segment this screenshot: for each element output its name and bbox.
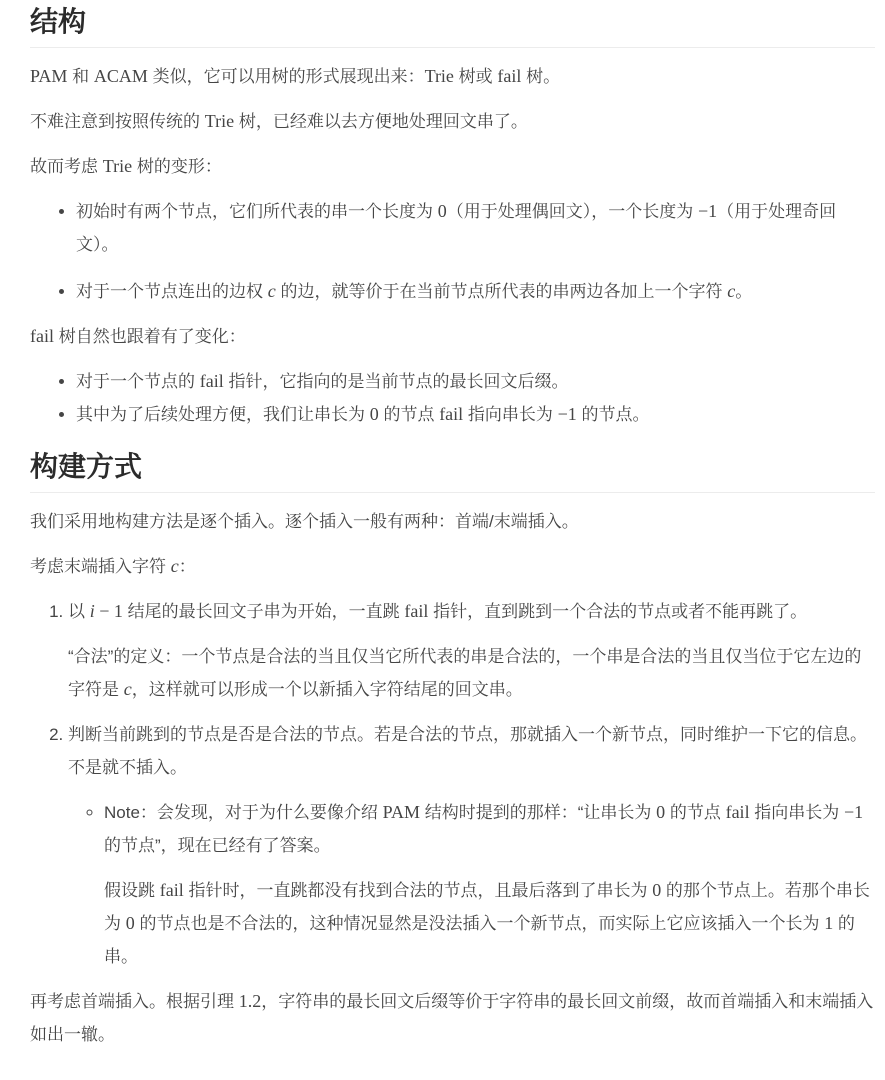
list-item-fail-pointer: 对于一个节点的 fail 指针，它指向的是当前节点的最长回文后缀。 xyxy=(76,365,875,398)
plain-text: 对于一个节点连出的边权 xyxy=(76,282,268,301)
plain-text: 树。 xyxy=(521,67,560,86)
math-text: ACAM xyxy=(94,66,148,86)
plain-text: 类似，它可以用树的形式展现出来： xyxy=(148,67,425,86)
note-explanation: 假设跳 fail 指针时，一直跳都没有找到合法的节点，且最后落到了串长为 0 的… xyxy=(104,874,875,973)
plain-text: 结构时提到的那样：“让串长为 xyxy=(420,803,656,822)
math-text: Trie xyxy=(103,156,132,176)
step-2: 判断当前跳到的节点是否是合法的节点。若是合法的节点，那就插入一个新节点，同时维护… xyxy=(68,718,875,973)
note-list: Note：会发现，对于为什么要像介绍 PAM 结构时提到的那样：“让串长为 0 … xyxy=(68,796,875,973)
plain-text: 树自然也跟着有了变化： xyxy=(54,327,246,346)
list-item-text: 初始时有两个节点，它们所代表的串一个长度为 0（用于处理偶回文），一个长度为 −… xyxy=(76,195,875,261)
math-text: fail xyxy=(404,601,428,621)
step-1-legal-definition: “合法”的定义：一个节点是合法的当且仅当它所代表的串是合法的，一个串是合法的当且… xyxy=(68,640,875,706)
document-content: 结构 PAM 和 ACAM 类似，它可以用树的形式展现出来：Trie 树或 fa… xyxy=(0,0,885,1080)
plain-text: 考虑末端插入字符 xyxy=(30,557,171,576)
list-fail-pointer: 对于一个节点的 fail 指针，它指向的是当前节点的最长回文后缀。 其中为了后续… xyxy=(30,365,875,431)
step-1: 以 i − 1 结尾的最长回文子串为开始，一直跳 fail 指针，直到跳到一个合… xyxy=(68,595,875,706)
math-text: c xyxy=(171,556,179,576)
list-item-fail-convention: 其中为了后续处理方便，我们让串长为 0 的节点 fail 指向串长为 −1 的节… xyxy=(76,398,875,431)
section-heading-build: 构建方式 xyxy=(30,449,875,493)
plain-text: 指针时，一直跳都没有找到合法的节点，且最后落到了串长为 xyxy=(184,881,652,900)
plain-text: 对于一个节点的 xyxy=(76,372,200,391)
plain-text: 其中为了后续处理方便，我们让串长为 xyxy=(76,405,370,424)
plain-text: ： xyxy=(179,557,196,576)
math-text: 0 xyxy=(652,880,661,900)
math-text: 0 xyxy=(370,404,379,424)
plain-text: 的节点 xyxy=(665,803,725,822)
list-item-initial-nodes: 初始时有两个节点，它们所代表的串一个长度为 0（用于处理偶回文），一个长度为 −… xyxy=(76,195,875,261)
plain-text: 的节点。 xyxy=(577,405,650,424)
plain-text: 故而考虑 xyxy=(30,157,103,176)
plain-text: 初始时有两个节点，它们所代表的串一个长度为 xyxy=(76,202,438,221)
plain-text: 结尾的最长回文子串为开始，一直跳 xyxy=(123,602,404,621)
plain-text: 指针，它指向的是当前节点的最长回文后缀。 xyxy=(224,372,569,391)
math-text: Trie xyxy=(205,111,234,131)
plain-text: 。 xyxy=(735,282,752,301)
math-text: fail xyxy=(160,880,184,900)
plain-text: 树，已经难以去方便地处理回文串了。 xyxy=(234,112,528,131)
plain-text: 再考虑首端插入。根据引理 xyxy=(30,992,239,1011)
plain-text: 指向串长为 xyxy=(750,803,844,822)
list-item-edge-weight: 对于一个节点连出的边权 c 的边，就等价于在当前节点所代表的串两边各加上一个字符… xyxy=(76,275,875,308)
step-1-text: 以 i − 1 结尾的最长回文子串为开始，一直跳 fail 指针，直到跳到一个合… xyxy=(68,595,875,628)
plain-text: 以 xyxy=(68,602,90,621)
plain-text: 树的变形： xyxy=(132,157,222,176)
plain-text: 指向串长为 xyxy=(463,405,557,424)
math-text: c xyxy=(124,679,132,699)
math-text: 1.2 xyxy=(239,991,262,1011)
math-text: −1 xyxy=(698,201,717,221)
math-text: −1 xyxy=(558,404,577,424)
plain-text: Note：会发现，对于为什么要像介绍 xyxy=(104,803,383,822)
math-text: fail xyxy=(200,371,224,391)
list-item-text: 对于一个节点连出的边权 c 的边，就等价于在当前节点所代表的串两边各加上一个字符… xyxy=(76,275,875,308)
math-text: 0 xyxy=(126,913,135,933)
paragraph-insert-char: 考虑末端插入字符 c： xyxy=(30,550,875,583)
paragraph-trie-variant: 故而考虑 Trie 树的变形： xyxy=(30,150,875,183)
math-text: fail xyxy=(726,802,750,822)
plain-text: 不难注意到按照传统的 xyxy=(30,112,205,131)
math-text: fail xyxy=(30,326,54,346)
paragraph-build-method: 我们采用地构建方法是逐个插入。逐个插入一般有两种：首端/末端插入。 xyxy=(30,505,875,538)
plain-text: 树或 xyxy=(454,67,497,86)
paragraph-intro: PAM 和 ACAM 类似，它可以用树的形式展现出来：Trie 树或 fail … xyxy=(30,60,875,93)
math-text: −1 xyxy=(844,802,863,822)
plain-text: 的节点”，现在已经有了答案。 xyxy=(104,836,331,855)
math-text: 1 xyxy=(824,913,833,933)
math-text: Trie xyxy=(425,66,454,86)
math-text: − 1 xyxy=(95,601,123,621)
plain-text: 判断当前跳到的节点是否是合法的节点。若是合法的节点，那就插入一个新节点，同时维护… xyxy=(68,725,867,777)
math-text: c xyxy=(268,281,276,301)
plain-text: 和 xyxy=(67,67,93,86)
plain-text: 假设跳 xyxy=(104,881,160,900)
plain-text: 的节点 xyxy=(379,405,439,424)
math-text: PAM xyxy=(383,802,420,822)
plain-text: 我们采用地构建方法是逐个插入。逐个插入一般有两种：首端/末端插入。 xyxy=(30,512,579,531)
note-text: Note：会发现，对于为什么要像介绍 PAM 结构时提到的那样：“让串长为 0 … xyxy=(104,796,875,862)
plain-text: 的边，就等价于在当前节点所代表的串两边各加上一个字符 xyxy=(276,282,727,301)
math-text: 0 xyxy=(438,201,447,221)
plain-text: 指针，直到跳到一个合法的节点或者不能再跳了。 xyxy=(428,602,807,621)
math-text: c xyxy=(727,281,735,301)
plain-text: ，这样就可以形成一个以新插入字符结尾的回文串。 xyxy=(132,680,523,699)
math-text: 0 xyxy=(656,802,665,822)
plain-text: （用于处理偶回文），一个长度为 xyxy=(447,202,698,221)
list-build-steps: 以 i − 1 结尾的最长回文子串为开始，一直跳 fail 指针，直到跳到一个合… xyxy=(30,595,875,973)
paragraph-front-insert: 再考虑首端插入。根据引理 1.2，字符串的最长回文后缀等价于字符串的最长回文前缀… xyxy=(30,985,875,1051)
paragraph-fail-tree: fail 树自然也跟着有了变化： xyxy=(30,320,875,353)
list-trie-variant: 初始时有两个节点，它们所代表的串一个长度为 0（用于处理偶回文），一个长度为 −… xyxy=(30,195,875,308)
section-heading-structure: 结构 xyxy=(30,4,875,48)
paragraph-trie-limit: 不难注意到按照传统的 Trie 树，已经难以去方便地处理回文串了。 xyxy=(30,105,875,138)
math-text: fail xyxy=(439,404,463,424)
step-2-text: 判断当前跳到的节点是否是合法的节点。若是合法的节点，那就插入一个新节点，同时维护… xyxy=(68,718,875,784)
math-text: fail xyxy=(497,66,521,86)
math-text: PAM xyxy=(30,66,67,86)
plain-text: 的节点也是不合法的，这种情况显然是没法插入一个新节点，而实际上它应该插入一个长为 xyxy=(135,914,824,933)
note-item: Note：会发现，对于为什么要像介绍 PAM 结构时提到的那样：“让串长为 0 … xyxy=(104,796,875,973)
